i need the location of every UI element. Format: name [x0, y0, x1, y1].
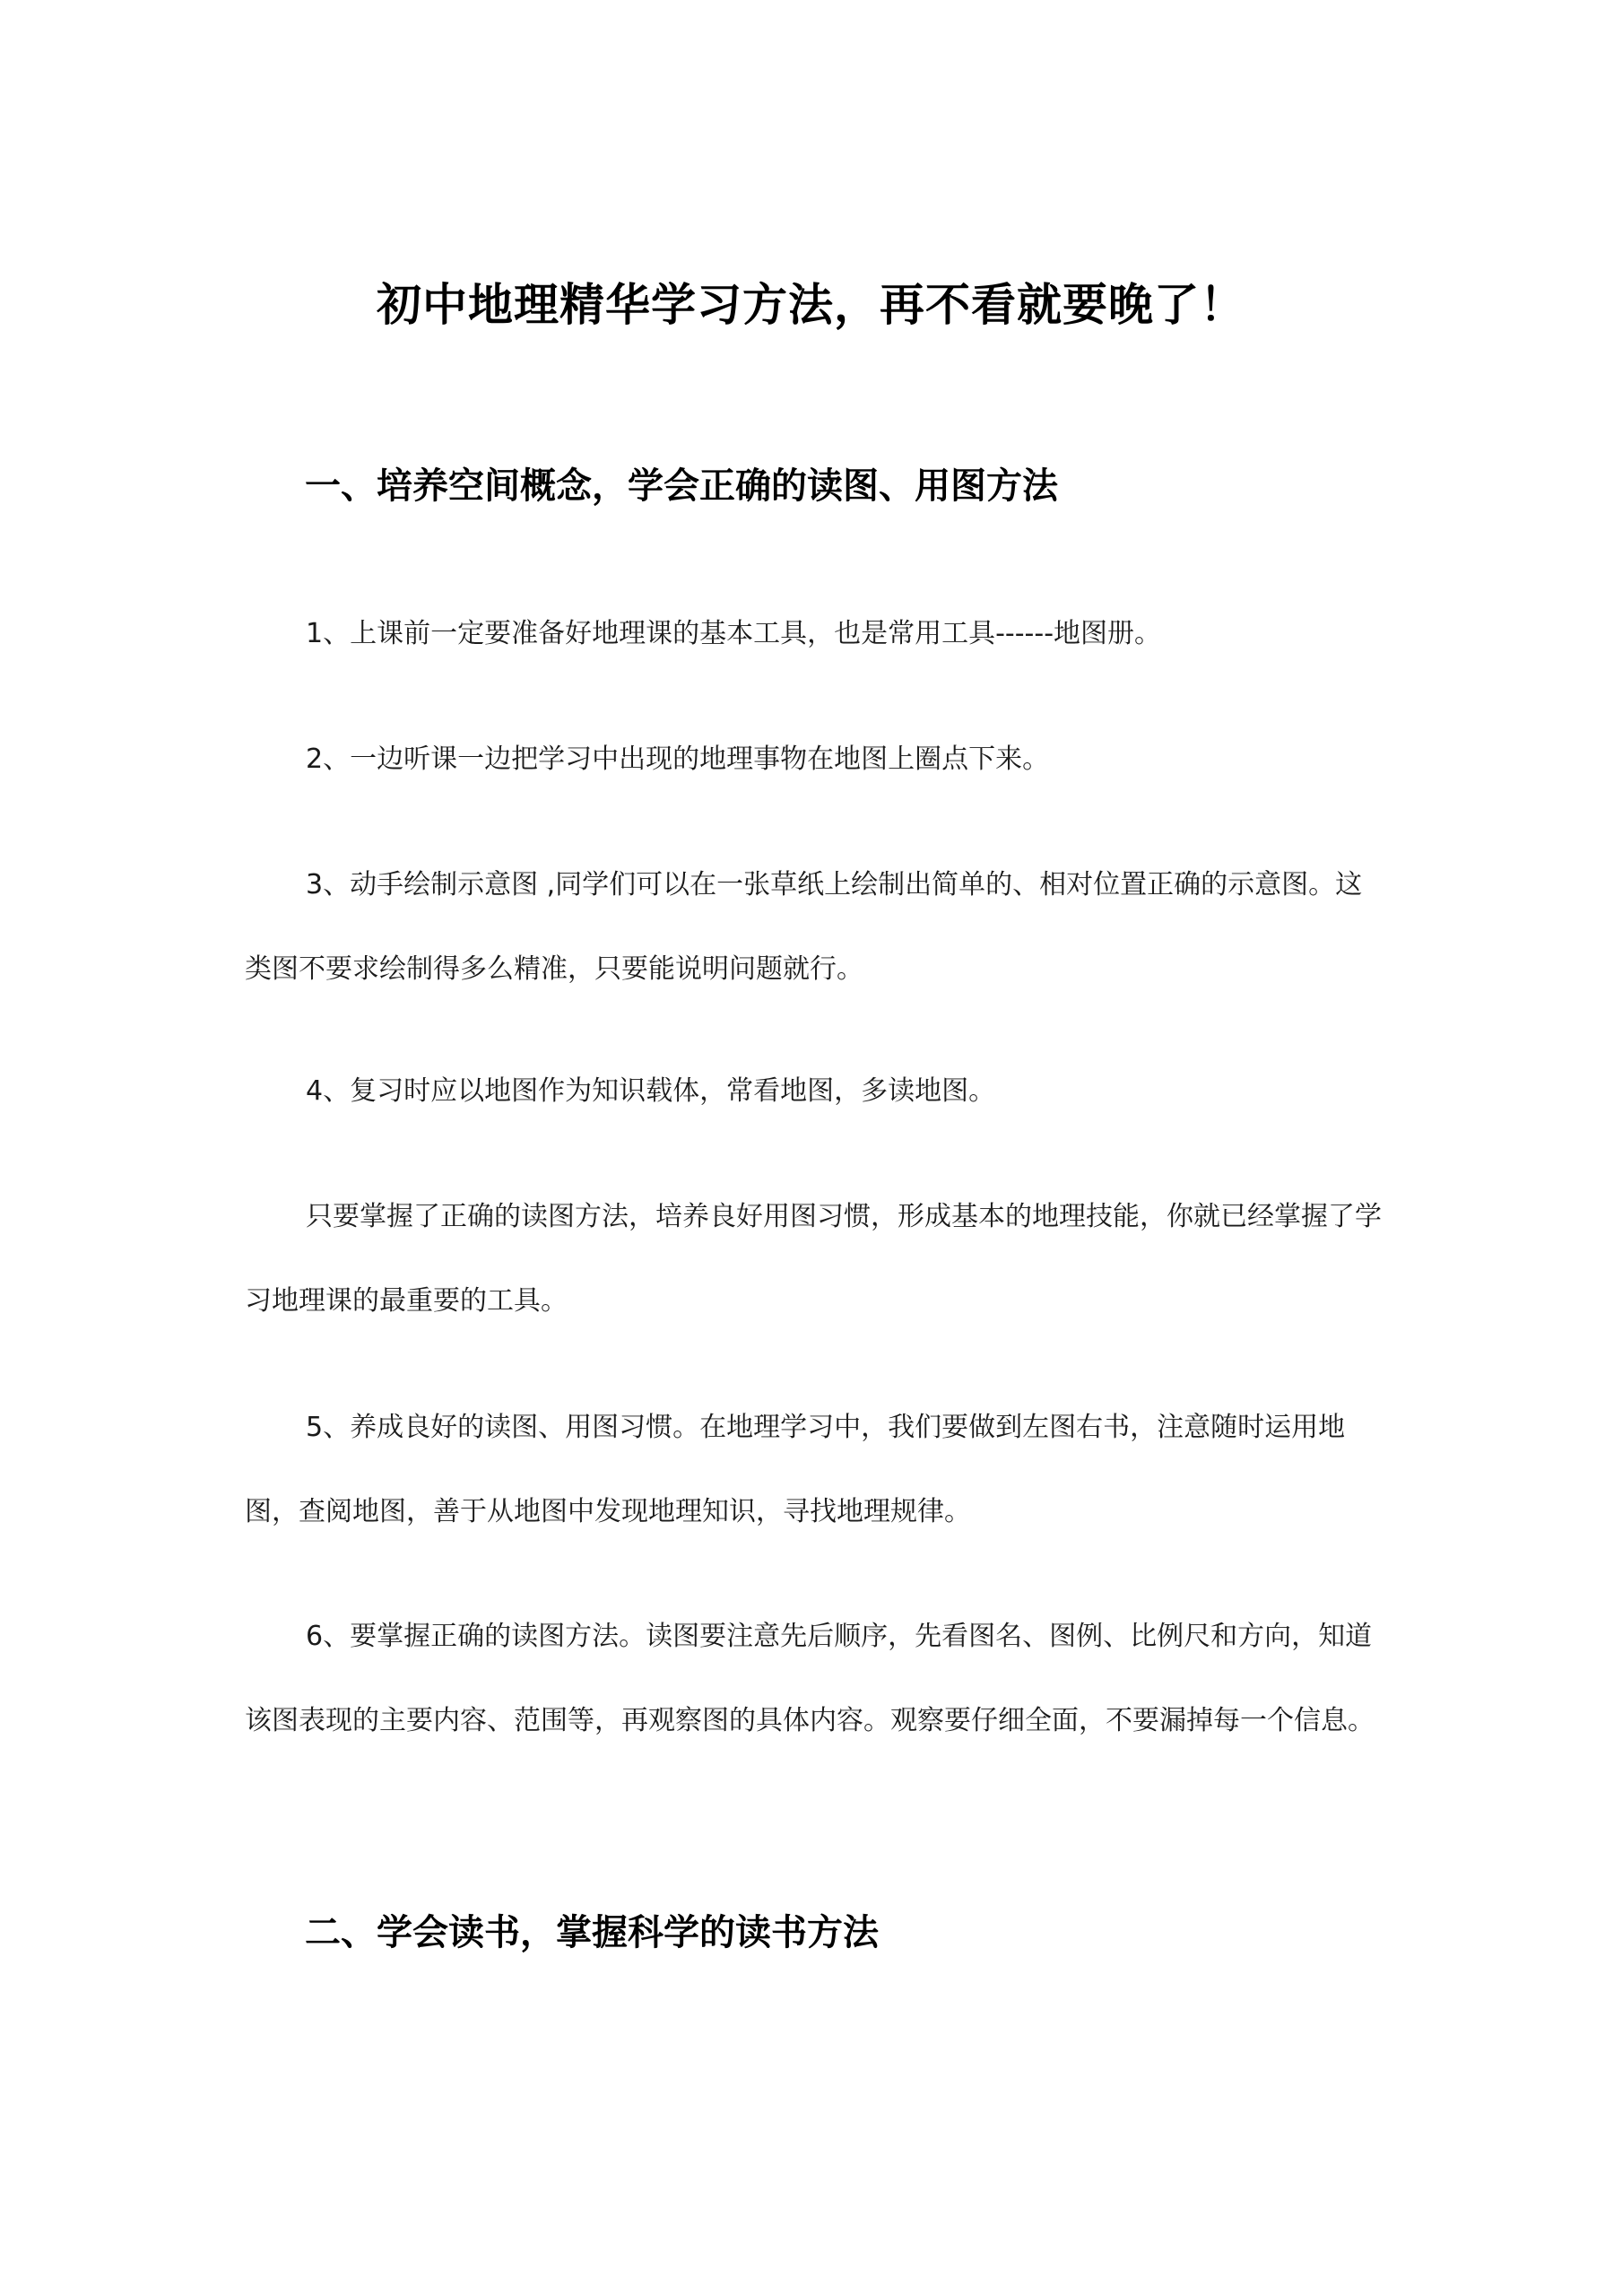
paragraph-item-1: 1、上课前一定要准备好地理课的基本工具，也是常用工具------地图册。: [245, 592, 1383, 676]
paragraph-item-2: 2、一边听课一边把学习中出现的地理事物在地图上圈点下来。: [245, 717, 1383, 802]
document-title: 初中地理精华学习方法，再不看就要晚了！: [0, 269, 1622, 341]
paragraph-item-3: 3、动手绘制示意图 ,同学们可以在一张草纸上绘制出简单的、相对位置正确的示意图。…: [245, 843, 1383, 1012]
document-page: 初中地理精华学习方法，再不看就要晚了！ 一、培养空间概念，学会正确的读图、用图方…: [0, 0, 1622, 2296]
paragraph-item-6: 6、要掌握正确的读图方法。读图要注意先后顺序，先看图名、图例、比例尺和方向，知道…: [245, 1595, 1383, 1763]
section-heading-2: 二、学会读书，掌握科学的读书方法: [305, 1906, 879, 1960]
section-heading-1: 一、培养空间概念，学会正确的读图、用图方法: [305, 459, 1058, 513]
paragraph-item-5: 5、养成良好的读图、用图习惯。在地理学习中，我们要做到左图右书，注意随时运用地图…: [245, 1386, 1383, 1554]
paragraph-summary: 只要掌握了正确的读图方法，培养良好用图习惯，形成基本的地理技能，你就已经掌握了学…: [245, 1175, 1383, 1344]
paragraph-item-4: 4、复习时应以地图作为知识载体，常看地图，多读地图。: [245, 1049, 1383, 1134]
